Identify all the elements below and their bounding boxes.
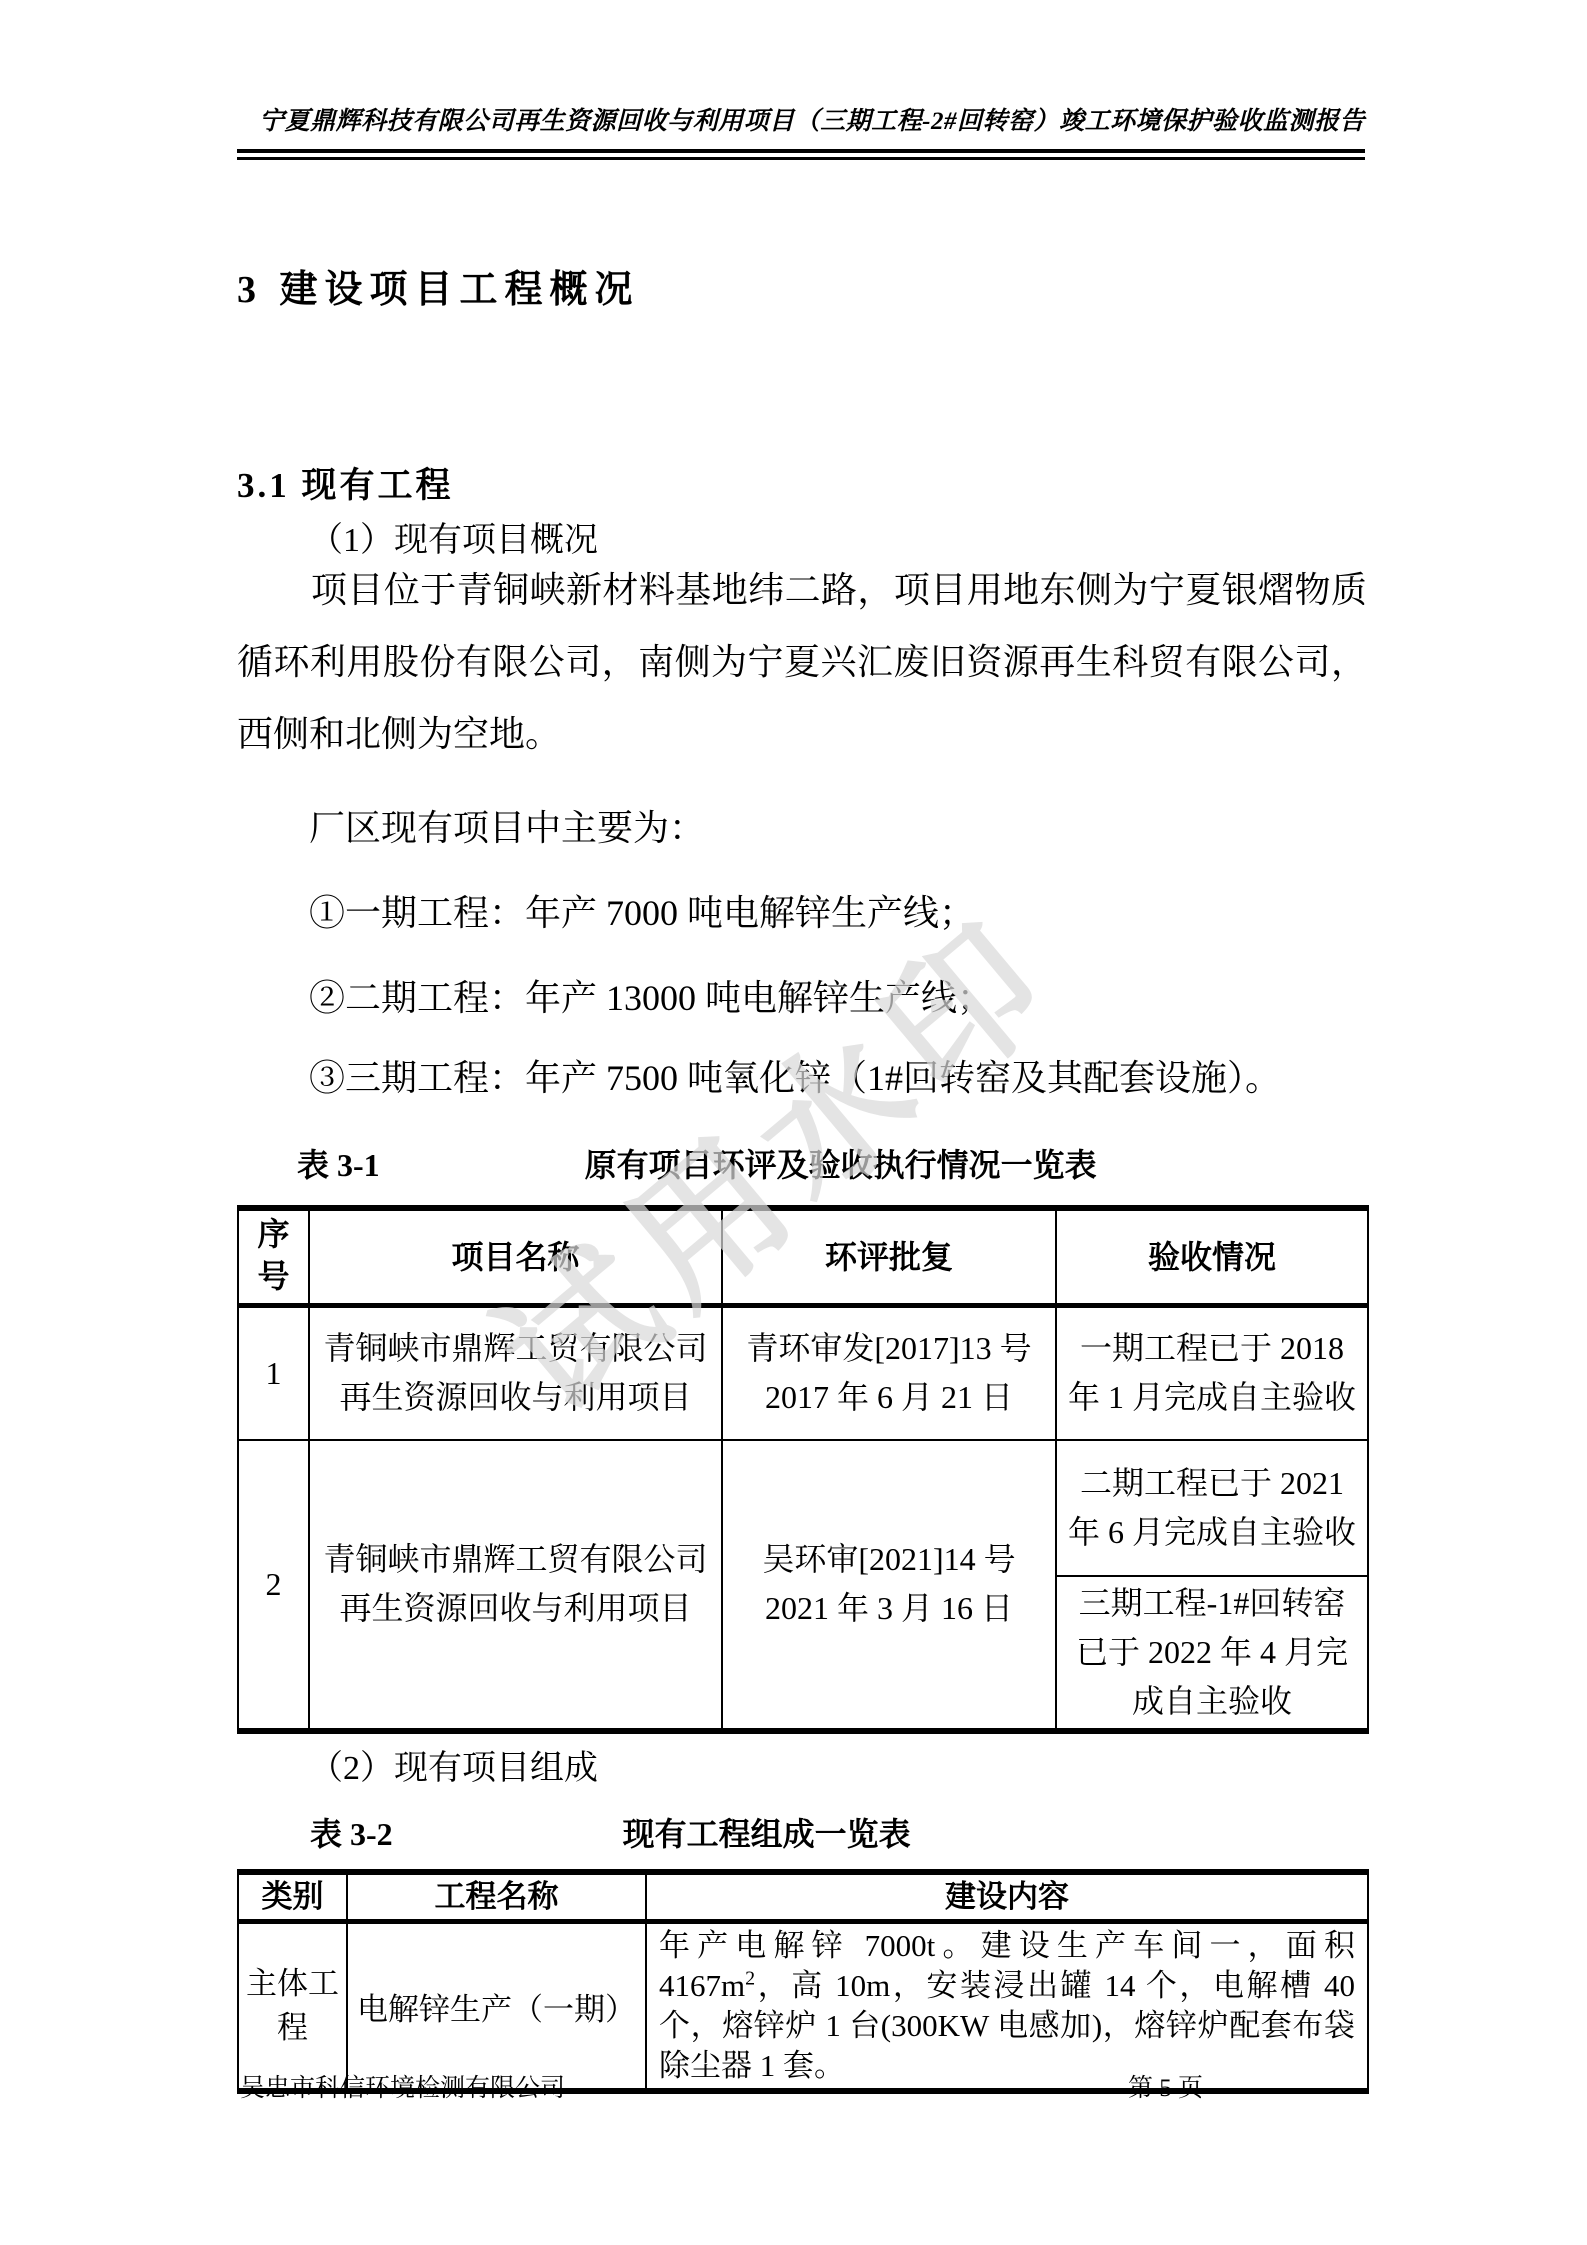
col-header-approval: 环评批复: [722, 1208, 1056, 1306]
document-page: 宁夏鼎辉科技有限公司再生资源回收与利用项目（三期工程-2#回转窑）竣工环境保护验…: [0, 0, 1587, 2245]
chapter-heading: 3 建设项目工程概况: [237, 258, 640, 313]
col-header-category: 类别: [238, 1872, 347, 1922]
project-list-item-3: ③三期工程：年产 7500 吨氧化锌（1#回转窑及其配套设施）。: [309, 1050, 1281, 1101]
project-list-intro: 厂区现有项目中主要为：: [309, 800, 705, 851]
table-3-2-label: 表 3-2: [310, 1816, 393, 1852]
table-3-2-title: 现有工程组成一览表: [623, 1816, 911, 1852]
header-double-rule: [237, 149, 1365, 160]
row2-approval: 吴环审[2021]14 号 2021 年 3 月 16 日: [722, 1440, 1056, 1731]
superscript-2: 2: [745, 1968, 755, 1990]
row2-acceptance-phase3: 三期工程-1#回转窑已于 2022 年 4 月完成自主验收: [1056, 1576, 1368, 1731]
table-3-1: 序号 项目名称 环评批复 验收情况 1 青铜峡市鼎辉工贸有限公司再生资源回收与利…: [237, 1205, 1369, 1734]
table-row: 1 青铜峡市鼎辉工贸有限公司再生资源回收与利用项目 青环审发[2017]13 号…: [238, 1306, 1368, 1440]
table-3-1-title: 原有项目环评及验收执行情况一览表: [585, 1147, 1097, 1183]
table-3-1-label: 表 3-1: [297, 1147, 380, 1183]
footer-page-number: 第 5 页: [1128, 2068, 1203, 2104]
section-heading: 3.1 现有工程: [237, 458, 454, 508]
row1-category: 主体工程: [238, 1922, 347, 2092]
row1-acceptance: 一期工程已于 2018 年 1 月完成自主验收: [1056, 1306, 1368, 1440]
table-row: 类别 工程名称 建设内容: [238, 1872, 1368, 1922]
table-3-2: 类别 工程名称 建设内容 主体工程 电解锌生产（一期） 年产电解锌 7000t。…: [237, 1869, 1369, 2094]
row1-project-name: 青铜峡市鼎辉工贸有限公司再生资源回收与利用项目: [309, 1306, 722, 1440]
location-paragraph: 项目位于青铜峡新材料基地纬二路，项目用地东侧为宁夏银熠物质循环利用股份有限公司，…: [237, 554, 1367, 770]
col-header-acceptance: 验收情况: [1056, 1208, 1368, 1306]
col-header-name: 项目名称: [309, 1208, 722, 1306]
row2-acceptance-phase2: 二期工程已于 2021 年 6 月完成自主验收: [1056, 1440, 1368, 1576]
col-header-content: 建设内容: [646, 1872, 1368, 1922]
running-header-title: 宁夏鼎辉科技有限公司再生资源回收与利用项目（三期工程-2#回转窑）竣工环境保护验…: [237, 101, 1365, 137]
project-list-item-2: ②二期工程：年产 13000 吨电解锌生产线；: [309, 970, 993, 1021]
row2-no: 2: [238, 1440, 309, 1731]
row1-project: 电解锌生产（一期）: [347, 1922, 646, 2092]
col-header-no: 序号: [238, 1208, 309, 1306]
table-row: 2 青铜峡市鼎辉工贸有限公司再生资源回收与利用项目 吴环审[2021]14 号 …: [238, 1440, 1368, 1576]
project-list-item-1: ①一期工程：年产 7000 吨电解锌生产线；: [309, 885, 975, 936]
footer-company: 吴忠市科信环境检测有限公司: [240, 2068, 565, 2104]
row2-project-name: 青铜峡市鼎辉工贸有限公司再生资源回收与利用项目: [309, 1440, 722, 1731]
table-3-1-caption: 表 3-1 原有项目环评及验收执行情况一览表: [237, 1140, 1097, 1186]
row1-no: 1: [238, 1306, 309, 1440]
row1-content: 年产电解锌 7000t。建设生产车间一，面积 4167m2，高 10m，安装浸出…: [646, 1922, 1368, 2092]
subsection-2-label: （2）现有项目组成: [309, 1740, 598, 1789]
table-row: 序号 项目名称 环评批复 验收情况: [238, 1208, 1368, 1306]
col-header-project: 工程名称: [347, 1872, 646, 1922]
table-row: 主体工程 电解锌生产（一期） 年产电解锌 7000t。建设生产车间一，面积 41…: [238, 1922, 1368, 2092]
table-3-2-caption: 表 3-2 现有工程组成一览表: [237, 1809, 911, 1855]
row1-approval: 青环审发[2017]13 号 2017 年 6 月 21 日: [722, 1306, 1056, 1440]
